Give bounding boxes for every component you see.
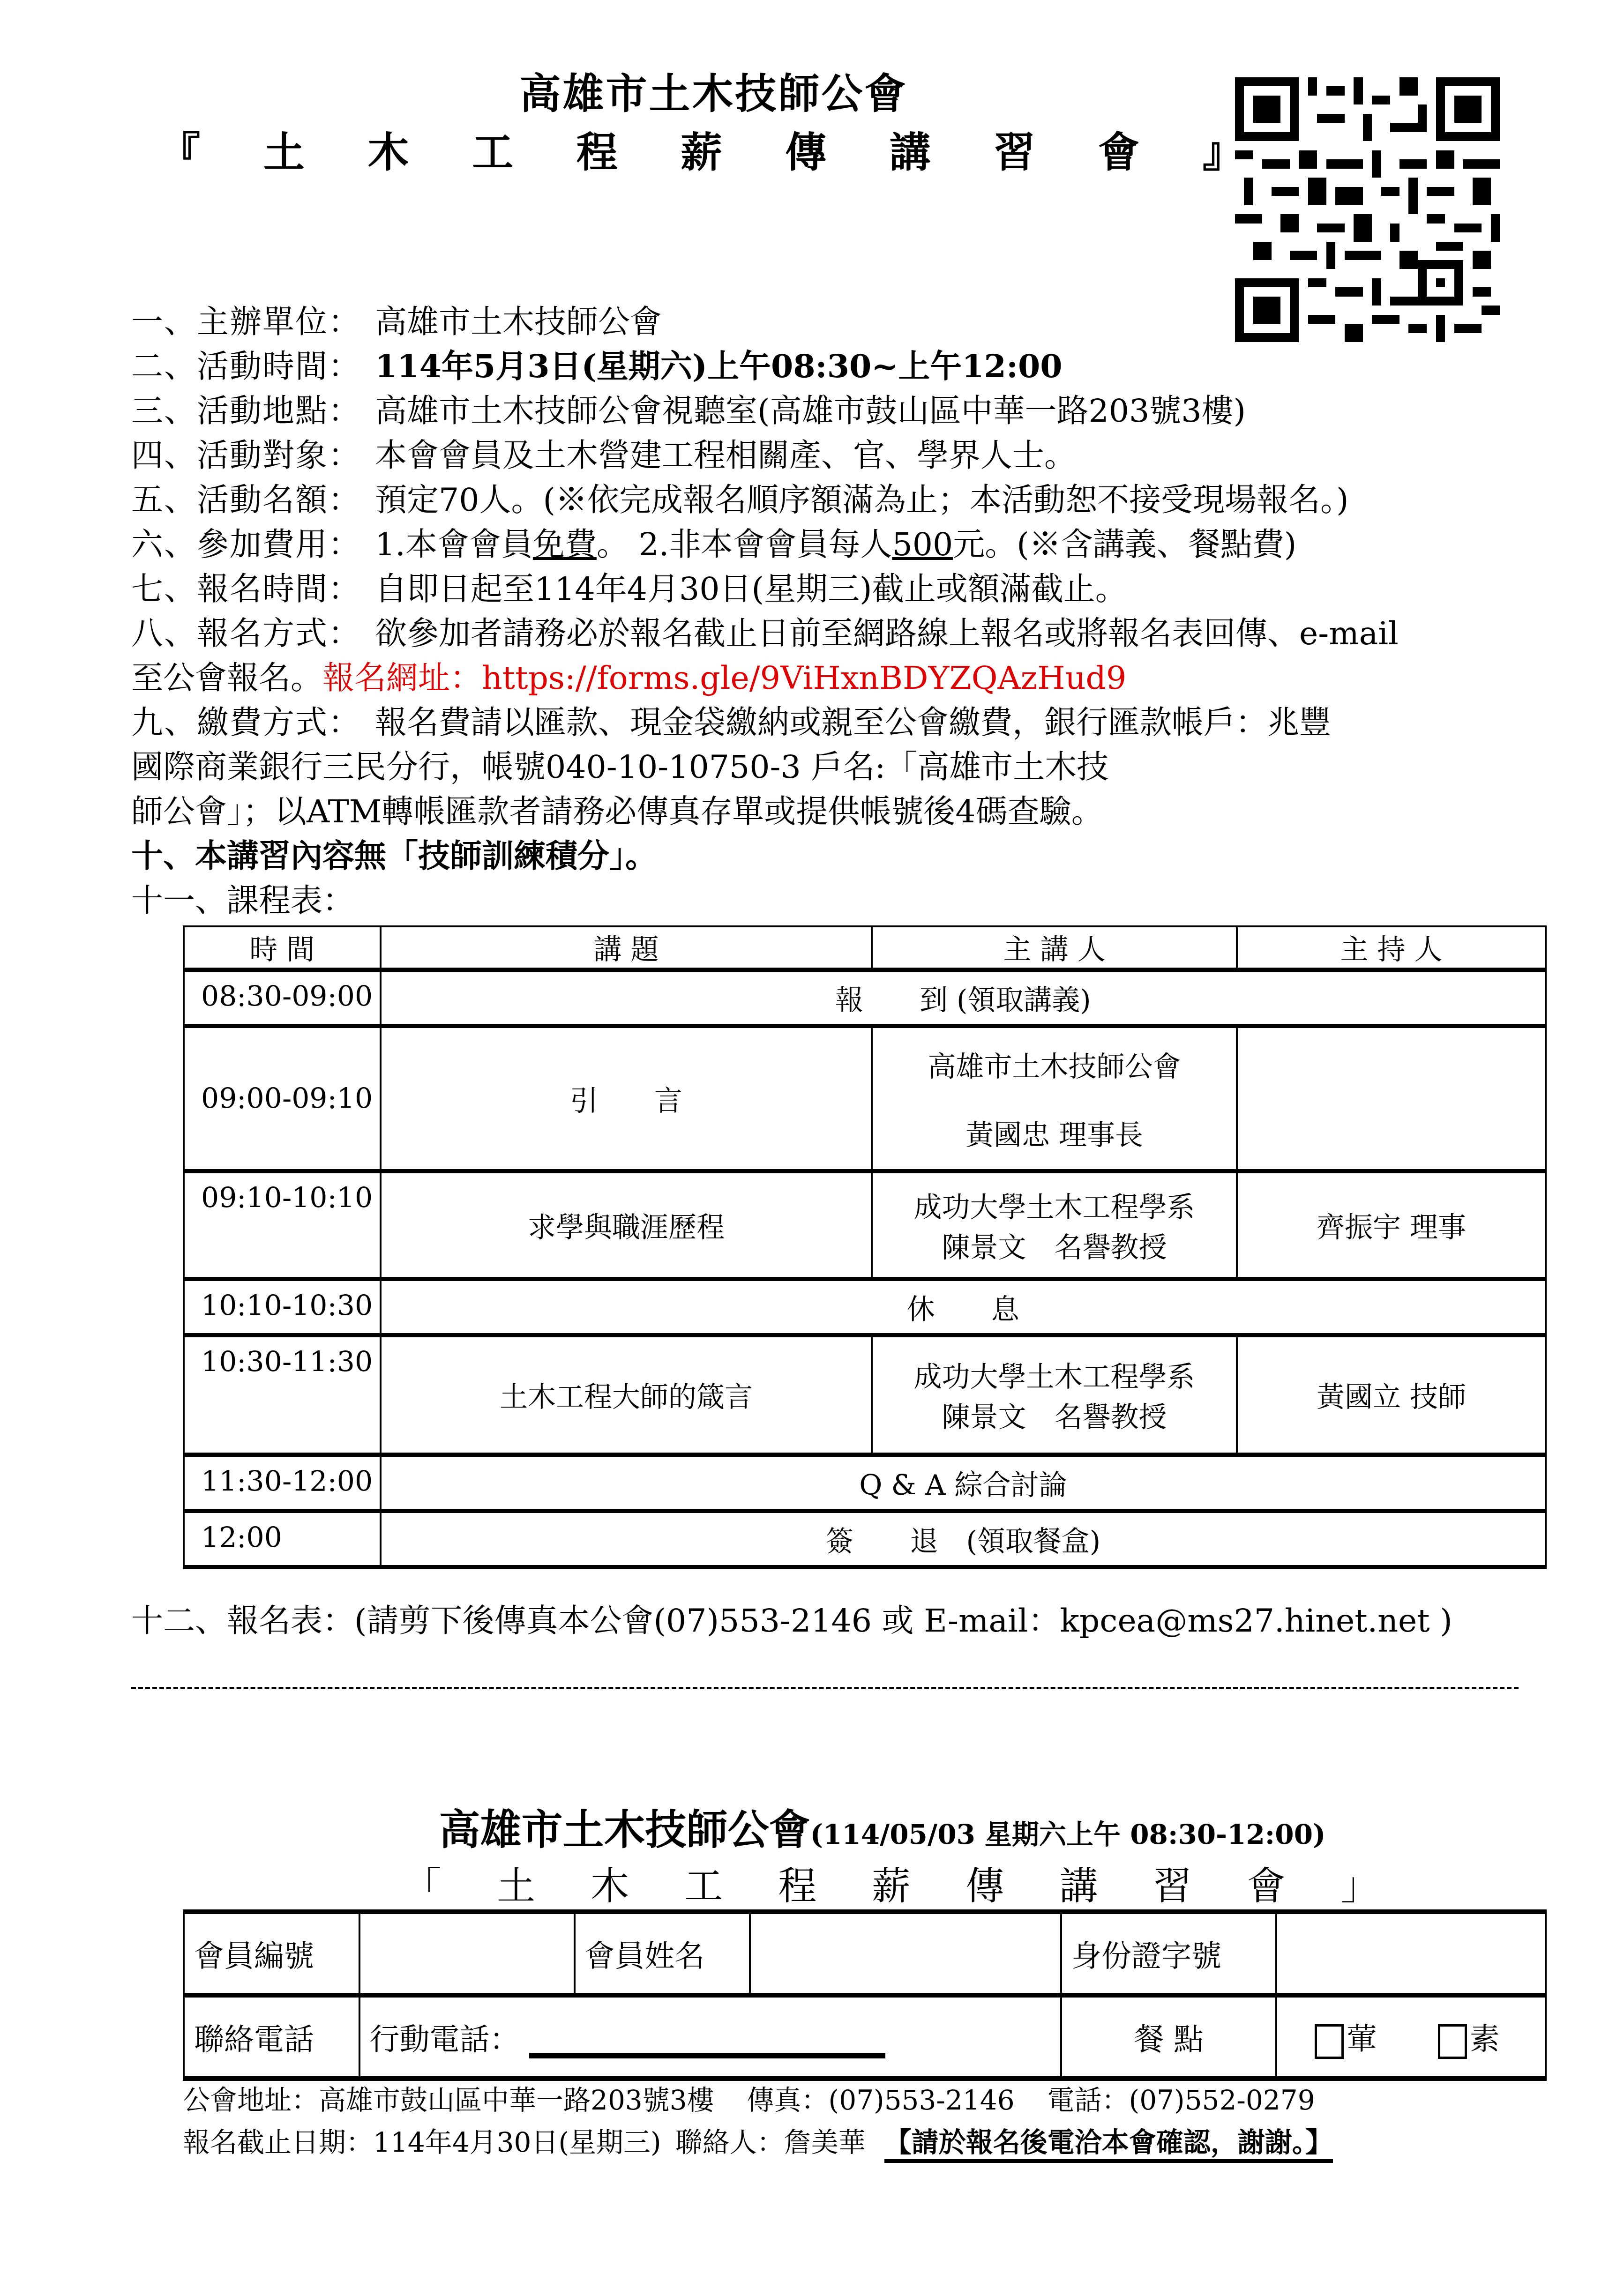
table-row: 10:10-10:30 休 息 bbox=[184, 1279, 1546, 1335]
table-row: 11:30-12:00 Q & A 綜合討論 bbox=[184, 1455, 1546, 1511]
info-schedule-heading: 十一、課程表： bbox=[131, 879, 1565, 923]
id-label: 身份證字號 bbox=[1061, 1912, 1276, 1995]
confirm-notice: 【請於報名後電洽本會確認，謝謝。】 bbox=[884, 2126, 1333, 2163]
info-payment-cont2: 師公會」；以ATM轉帳匯款者請務必傳真存單或提供帳號後4碼查驗。 bbox=[131, 790, 1565, 834]
header-time: 時 間 bbox=[184, 926, 381, 970]
info-payment: 九、繳費方式：報名費請以匯款、現金袋繳納或親至公會繳費，銀行匯款帳戶：兆豐 bbox=[131, 701, 1565, 745]
header-speaker: 主 講 人 bbox=[872, 926, 1237, 970]
meal-label: 餐 點 bbox=[1061, 1995, 1276, 2079]
footer-contact-line: 公會地址：高雄市鼓山區中華一路203號3樓傳真：(07)553-2146電話：(… bbox=[183, 2078, 1315, 2117]
registration-url-link[interactable]: https://forms.gle/9ViHxnBDYZQAzHud9 bbox=[482, 656, 1126, 701]
footer-deadline-line: 報名截止日期：114年4月30日(星期三)聯絡人：詹美華【請於報名後電洽本會確認… bbox=[183, 2120, 1333, 2160]
header-host: 主 持 人 bbox=[1237, 926, 1546, 970]
event-info-list: 一、主辦單位：高雄市土木技師公會 二、活動時間：114年5月3日(星期六)上午0… bbox=[131, 300, 1565, 923]
table-row: 12:00 簽 退 (領取餐盒) bbox=[184, 1511, 1546, 1567]
member-name-label: 會員姓名 bbox=[575, 1912, 750, 1995]
mobile-phone-field[interactable] bbox=[529, 2025, 885, 2058]
info-registration-method: 八、報名方式：欲參加者請務必於報名截止日前至網路線上報名或將報名表回傳、e-ma… bbox=[131, 611, 1565, 656]
registration-form-heading: 十二、報名表：(請剪下後傳真本公會(07)553-2146 或 E-mail：k… bbox=[131, 1595, 1452, 1641]
info-registration-period: 七、報名時間：自即日起至114年4月30日(星期三)截止或額滿截止。 bbox=[131, 567, 1565, 611]
table-row: 09:10-10:10 求學與職涯歷程 成功大學土木工程學系陳景文 名譽教授 齊… bbox=[184, 1171, 1546, 1279]
form-row-contact: 聯絡電話 行動電話： 餐 點 葷 素 bbox=[184, 1995, 1546, 2079]
info-audience: 四、活動對象：本會會員及土木營建工程相關產、官、學界人士。 bbox=[131, 433, 1565, 478]
info-time: 二、活動時間：114年5月3日(星期六)上午08:30~上午12:00 bbox=[131, 344, 1565, 389]
phone-label: 聯絡電話 bbox=[184, 1995, 359, 2079]
schedule-header-row: 時 間 講 題 主 講 人 主 持 人 bbox=[184, 926, 1546, 970]
form-title: 高雄市土木技師公會(114/05/03 星期六上午 08:30-12:00) bbox=[0, 1797, 1624, 1856]
info-registration-link-line: 至公會報名。報名網址：https://forms.gle/9ViHxnBDYZQ… bbox=[131, 656, 1565, 701]
meat-checkbox[interactable] bbox=[1315, 2024, 1344, 2059]
schedule-table: 時 間 講 題 主 講 人 主 持 人 08:30-09:00 報 到 (領取講… bbox=[183, 925, 1547, 1569]
registration-form-table: 會員編號 會員姓名 身份證字號 聯絡電話 行動電話： 餐 點 葷 素 bbox=[183, 1909, 1547, 2081]
mobile-label: 行動電話： bbox=[370, 2022, 520, 2057]
member-no-field[interactable] bbox=[359, 1912, 575, 1995]
info-venue: 三、活動地點：高雄市土木技師公會視聽室(高雄市鼓山區中華一路203號3樓) bbox=[131, 389, 1565, 433]
vegetarian-checkbox[interactable] bbox=[1438, 2024, 1467, 2059]
id-field[interactable] bbox=[1276, 1912, 1546, 1995]
member-no-label: 會員編號 bbox=[184, 1912, 359, 1995]
member-name-field[interactable] bbox=[750, 1912, 1061, 1995]
form-event-title: 「 土 木 工 程 薪 傳 講 習 會 」 bbox=[403, 1856, 1401, 1910]
info-no-credits: 十、本講習內容無「技師訓練積分」。 bbox=[131, 834, 1565, 879]
table-row: 09:00-09:10 引 言 高雄市土木技師公會黃國忠 理事長 bbox=[184, 1026, 1546, 1171]
cut-line-divider bbox=[131, 1687, 1519, 1689]
table-row: 08:30-09:00 報 到 (領取講義) bbox=[184, 970, 1546, 1026]
info-fee: 六、參加費用：1.本會會員免費。 2.非本會會員每人500元。(※含講義、餐點費… bbox=[131, 522, 1565, 567]
form-row-member: 會員編號 會員姓名 身份證字號 bbox=[184, 1912, 1546, 1995]
info-organizer: 一、主辦單位：高雄市土木技師公會 bbox=[131, 300, 1565, 344]
header-topic: 講 題 bbox=[381, 926, 872, 970]
info-quota: 五、活動名額：預定70人。(※依完成報名順序額滿為止；本活動恕不接受現場報名。) bbox=[131, 478, 1565, 522]
table-row: 10:30-11:30 土木工程大師的箴言 成功大學土木工程學系陳景文 名譽教授… bbox=[184, 1335, 1546, 1455]
info-payment-cont1: 國際商業銀行三民分行，帳號040-10-10750-3 戶名:「高雄市土木技 bbox=[131, 745, 1565, 790]
